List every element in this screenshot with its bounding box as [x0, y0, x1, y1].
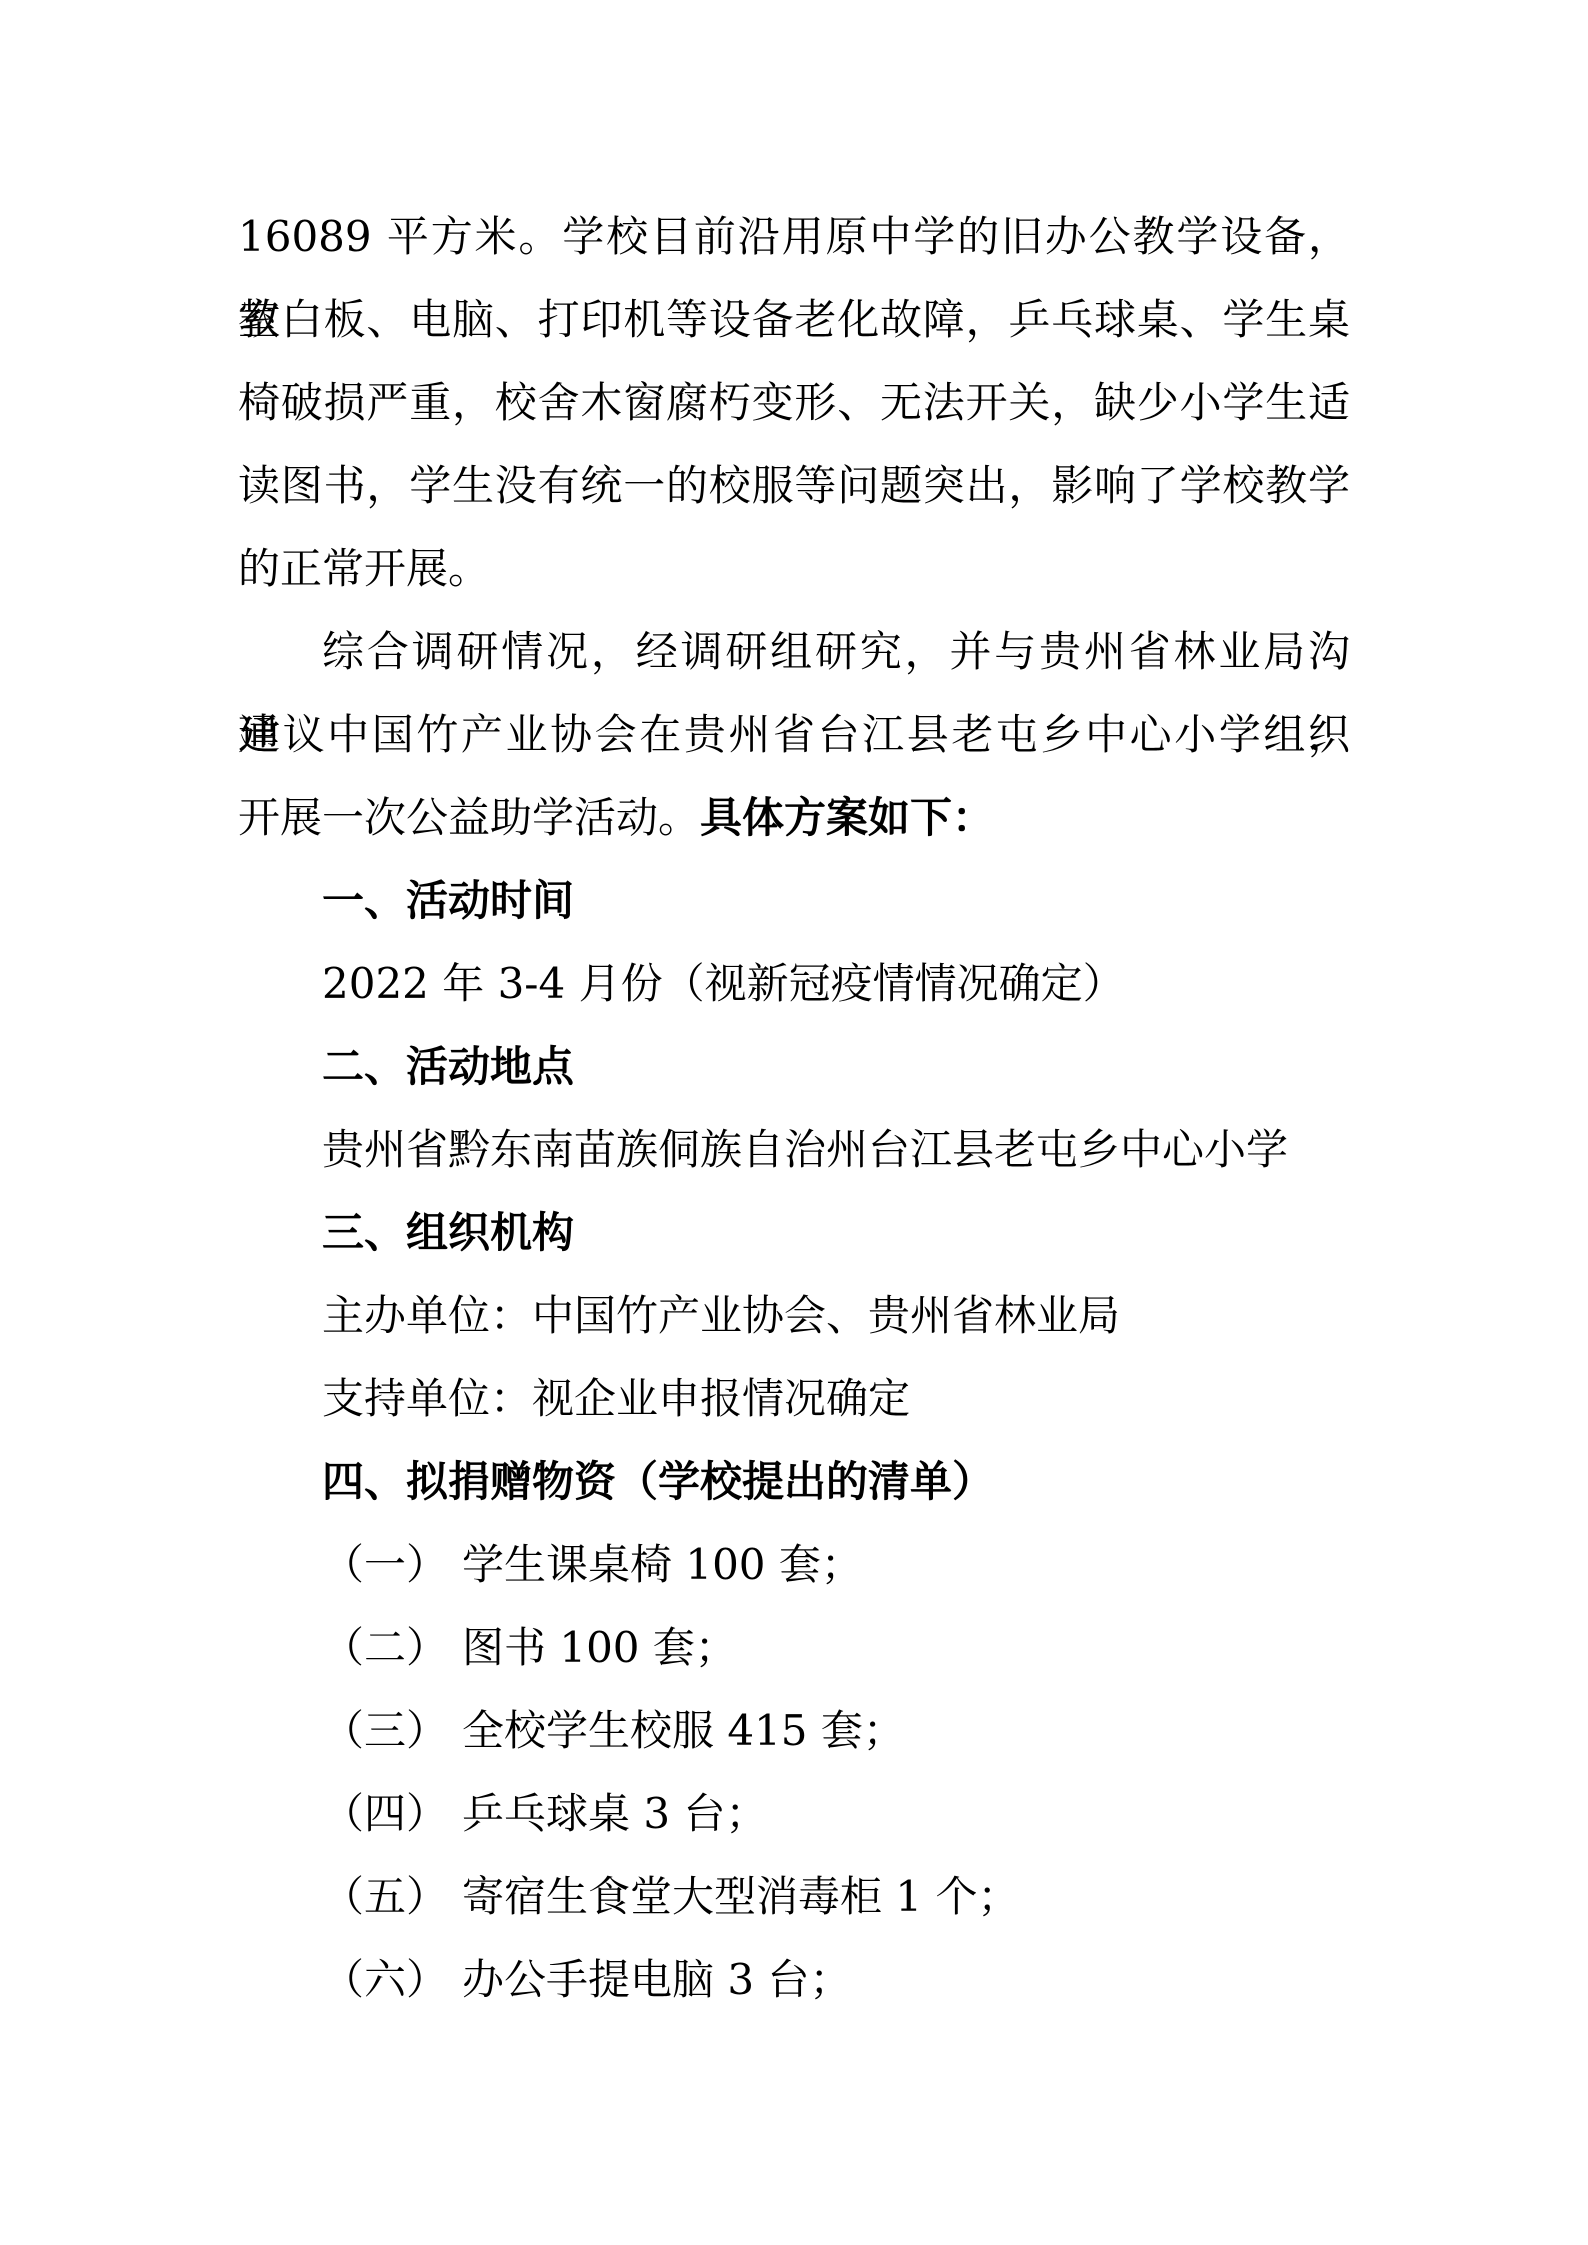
list-item-number: （六） — [322, 1955, 448, 2004]
paragraph-line: 的正常开展。 — [238, 527, 1350, 610]
paragraph-line: 主办单位：中国竹产业协会、贵州省林业局 — [238, 1274, 1350, 1357]
inline-bold-heading: 具体方案如下： — [700, 793, 994, 842]
section-heading-3: 三、组织机构 — [238, 1191, 1350, 1274]
list-item-text: 全校学生校服 415 套； — [462, 1706, 905, 1755]
section-heading-2: 二、活动地点 — [238, 1025, 1350, 1108]
list-item: （四）乒乓球桌 3 台； — [238, 1772, 1350, 1855]
list-item: （五）寄宿生食堂大型消毒柜 1 个； — [238, 1855, 1350, 1938]
list-item-text: 办公手提电脑 3 台； — [462, 1955, 851, 2004]
paragraph-line: 贵州省黔东南苗族侗族自治州台江县老屯乡中心小学 — [238, 1108, 1350, 1191]
document-page: 16089 平方米。学校目前沿用原中学的旧办公教学设备，教 室白板、电脑、打印机… — [0, 0, 1588, 2245]
paragraph-start-line: 综合调研情况，经调研组研究，并与贵州省林业局沟通， — [238, 610, 1350, 693]
list-item-text: 乒乓球桌 3 台； — [462, 1789, 767, 1838]
body-text-segment: 开展一次公益助学活动。 — [238, 793, 700, 842]
paragraph-line: 椅破损严重，校舍木窗腐朽变形、无法开关，缺少小学生适 — [238, 361, 1350, 444]
list-item-text: 图书 100 套； — [462, 1623, 737, 1672]
paragraph-line: 2022 年 3-4 月份（视新冠疫情情况确定） — [238, 942, 1350, 1025]
list-item-number: （一） — [322, 1540, 448, 1589]
list-item: （二）图书 100 套； — [238, 1606, 1350, 1689]
section-heading-1: 一、活动时间 — [238, 859, 1350, 942]
paragraph-line: 支持单位：视企业申报情况确定 — [238, 1357, 1350, 1440]
paragraph-line: 读图书，学生没有统一的校服等问题突出，影响了学校教学 — [238, 444, 1350, 527]
list-item-number: （四） — [322, 1789, 448, 1838]
list-item-text: 寄宿生食堂大型消毒柜 1 个； — [462, 1872, 1019, 1921]
list-item: （六）办公手提电脑 3 台； — [238, 1938, 1350, 2021]
paragraph-line: 室白板、电脑、打印机等设备老化故障，乒乓球桌、学生桌 — [238, 278, 1350, 361]
list-item-number: （三） — [322, 1706, 448, 1755]
section-heading-4: 四、拟捐赠物资（学校提出的清单） — [238, 1440, 1350, 1523]
list-item-number: （二） — [322, 1623, 448, 1672]
list-item-number: （五） — [322, 1872, 448, 1921]
paragraph-line: 建议中国竹产业协会在贵州省台江县老屯乡中心小学组织 — [238, 693, 1350, 776]
list-item: （一）学生课桌椅 100 套； — [238, 1523, 1350, 1606]
list-item-text: 学生课桌椅 100 套； — [462, 1540, 863, 1589]
paragraph-line: 开展一次公益助学活动。具体方案如下： — [238, 776, 1350, 859]
list-item: （三）全校学生校服 415 套； — [238, 1689, 1350, 1772]
paragraph-line: 16089 平方米。学校目前沿用原中学的旧办公教学设备，教 — [238, 195, 1350, 278]
